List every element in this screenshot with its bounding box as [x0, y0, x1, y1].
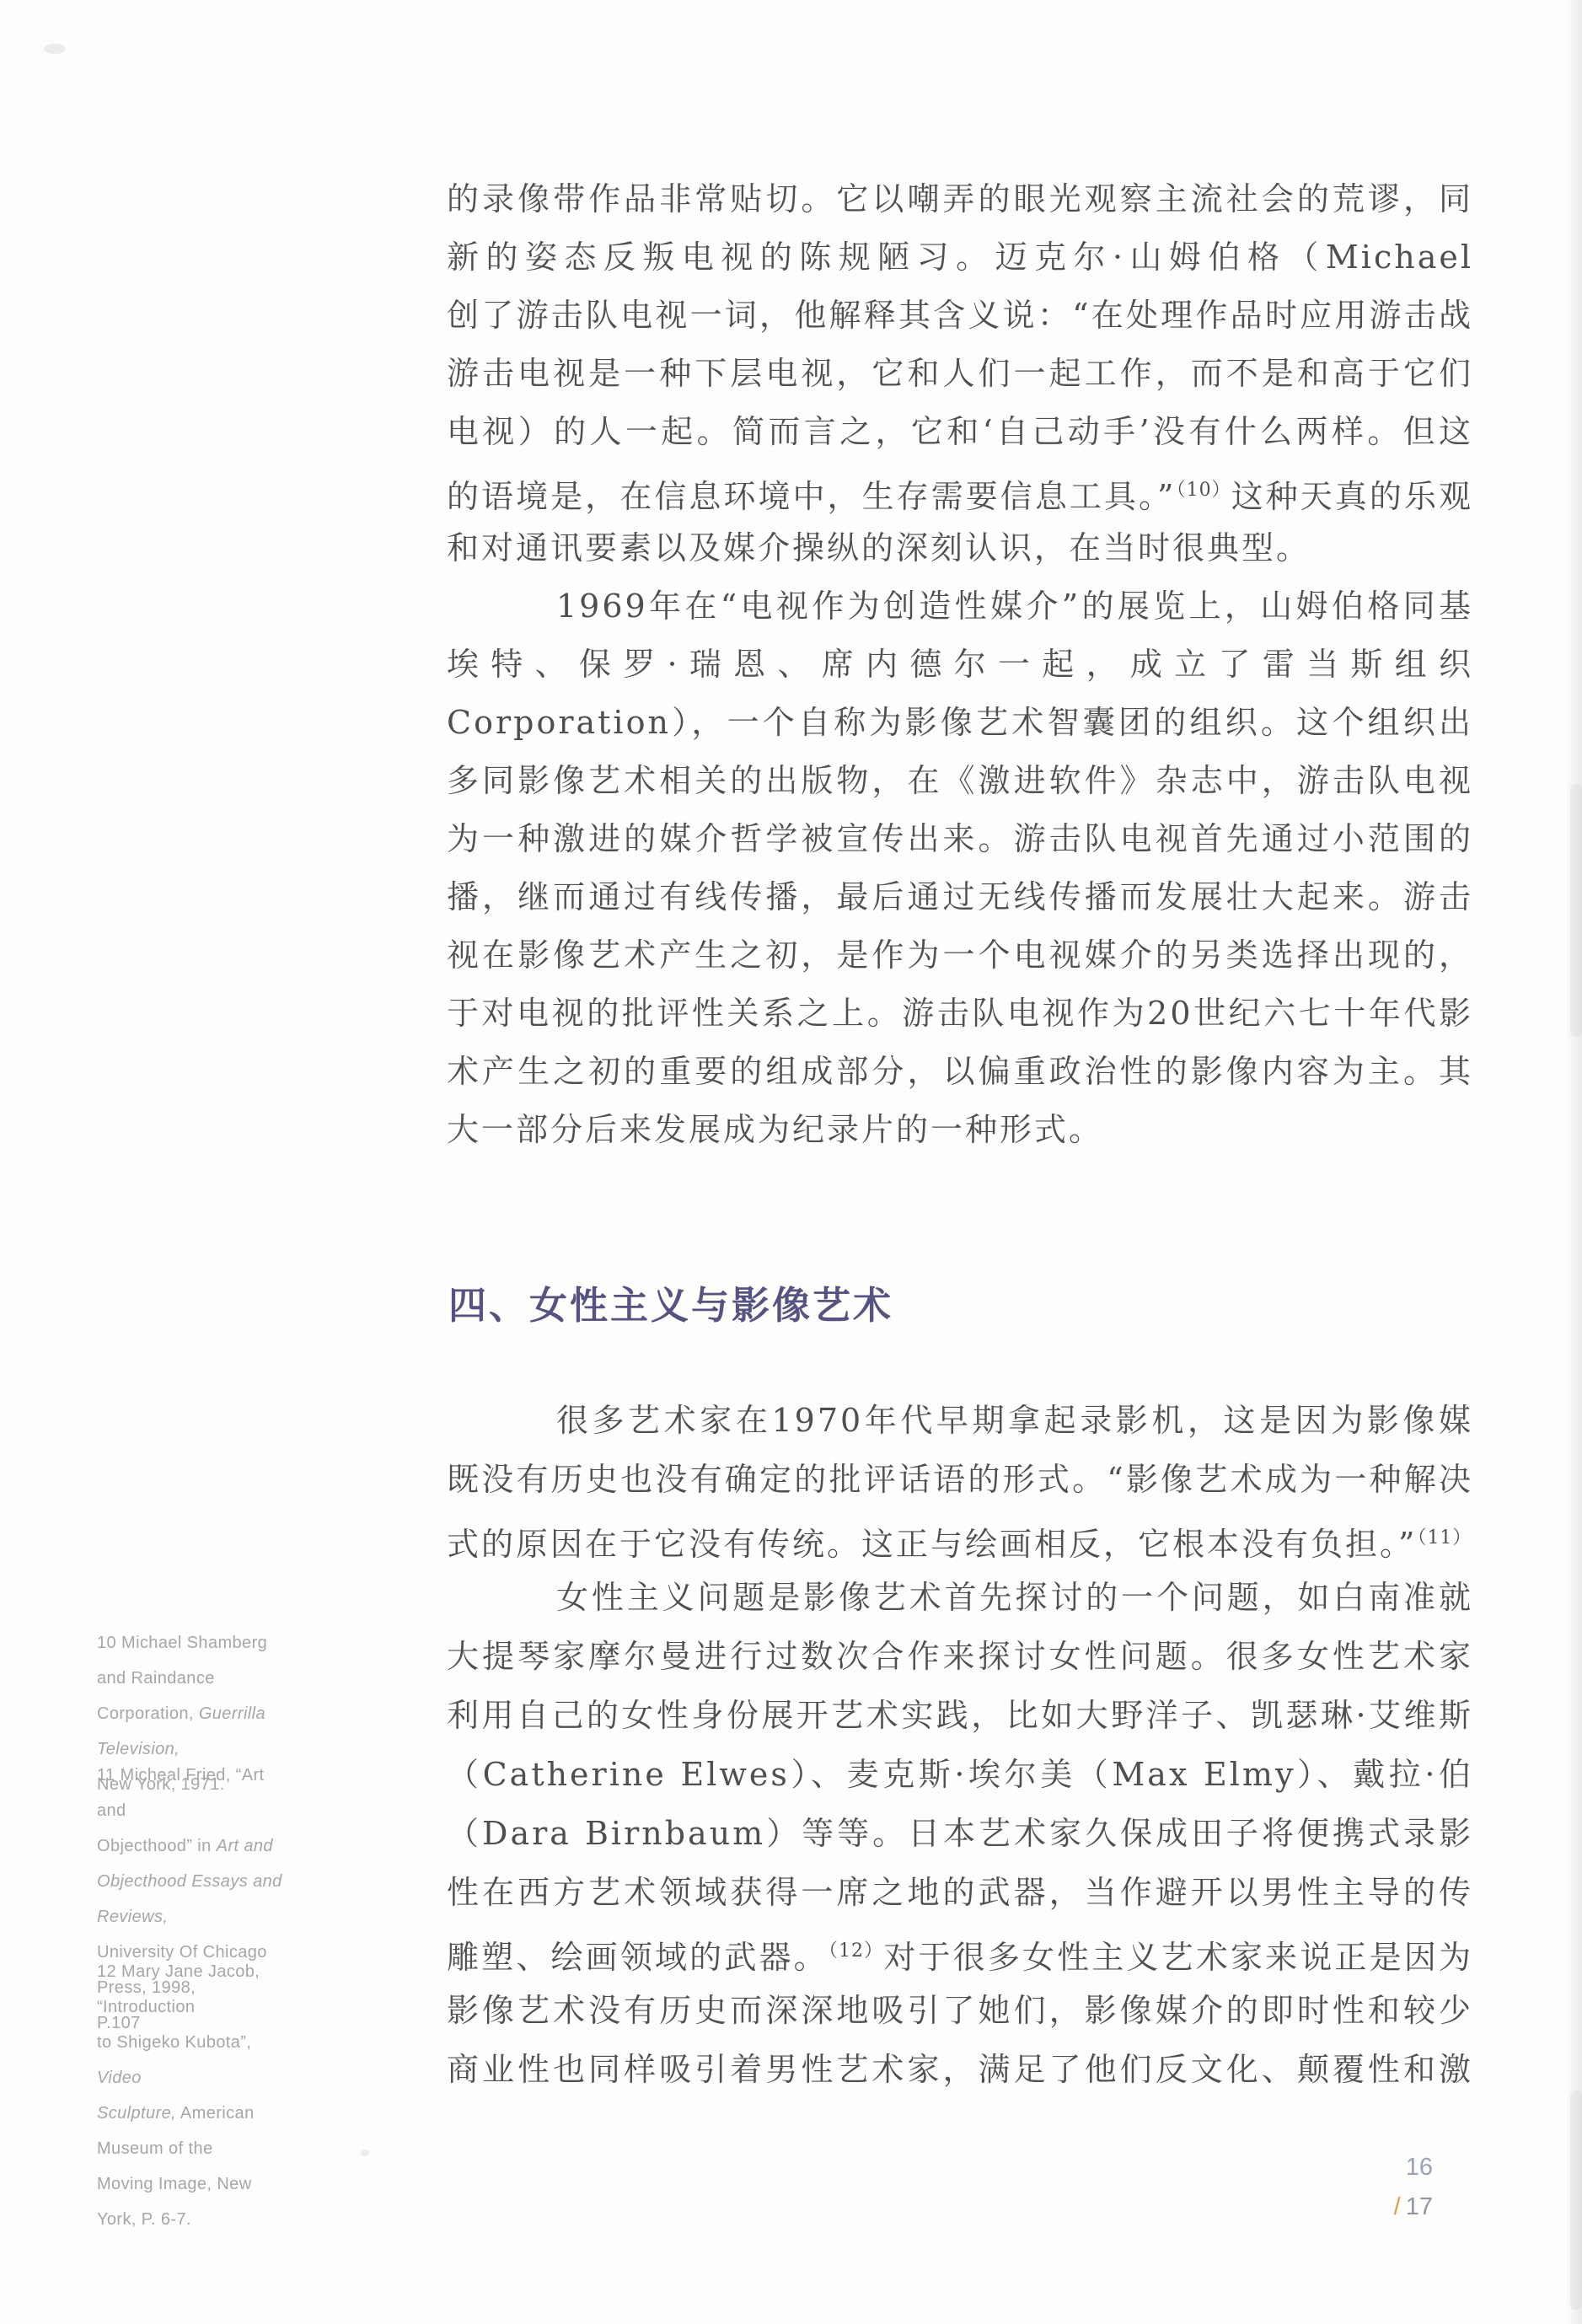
- text-line: 的语境是，在信息环境中，生存需要信息工具。”（10）这种天真的乐观: [447, 461, 1473, 519]
- footnote-ref-12: （12）: [829, 1940, 884, 1962]
- text-line: 式的原因在于它没有传统。这正与绘画相反，它根本没有负担。”（11）: [447, 1509, 1473, 1568]
- page-number-current: 16: [1332, 2148, 1433, 2187]
- text-line: 大一部分后来发展成为纪录片的一种形式。: [447, 1101, 1473, 1159]
- text-line: Corporation），一个自称为影像艺术智囊团的组织。这个组织出版了很: [447, 694, 1473, 752]
- text-line: 利用自己的女性身份展开艺术实践，比如大野洋子、凯瑟琳·艾维斯: [447, 1686, 1473, 1745]
- footnote-title: Video: [97, 2069, 142, 2087]
- text-line: 的录像带作品非常贴切。它以嘲弄的眼光观察主流社会的荒谬，同时以时: [447, 170, 1473, 228]
- footnote-line: Moving Image, New York, P. 6-7.: [97, 2166, 295, 2237]
- section-heading: 四、女性主义与影像艺术: [448, 1275, 893, 1329]
- text-line: 雕塑、绘画领域的武器。（12）对于很多女性主义艺术家来说正是因为: [447, 1922, 1473, 1981]
- footnote-title: Art and: [217, 1837, 273, 1855]
- text-line: 为一种激进的媒介哲学被宣传出来。游击队电视首先通过小范围的传: [447, 810, 1473, 868]
- text-line: 1969年在“电视作为创造性媒介”的展览上，山姆伯格同基利: [447, 577, 1473, 636]
- text-line: 大提琴家摩尔曼进行过数次合作来探讨女性问题。很多女性艺术家也: [447, 1627, 1473, 1686]
- page-number-separator: /: [1394, 2193, 1401, 2220]
- text-line: 多同影像艺术相关的出版物，在《激进软件》杂志中，游击队电视被作: [447, 752, 1473, 810]
- footnote-segment: Corporation,: [97, 1704, 199, 1723]
- main-text-block-1: 的录像带作品非常贴切。它以嘲弄的眼光观察主流社会的荒谬，同时以时 新的姿态反叛电…: [447, 170, 1473, 1159]
- text-segment: 的语境是，在信息环境中，生存需要信息工具。”: [447, 478, 1176, 515]
- text-segment: 这种天真的乐观: [1231, 478, 1473, 515]
- footnote-segment: to Shigeko Kubota”,: [97, 2033, 251, 2052]
- footnote-title: Sculpture,: [97, 2104, 176, 2123]
- text-line: 性在西方艺术领域获得一席之地的武器，当作避开以男性主导的传统: [447, 1863, 1473, 1922]
- footnote-line: 12 Mary Jane Jacob, “Introduction: [97, 1954, 295, 2025]
- footnote-line: Objecthood” in Art and: [97, 1828, 295, 1864]
- text-line: 播，继而通过有线传播，最后通过无线传播而发展壮大起来。游击队电: [447, 868, 1473, 926]
- page-number-next: 17: [1406, 2193, 1433, 2220]
- footnote-ref-11: （11）: [1417, 1527, 1472, 1548]
- scan-smudge: [44, 44, 66, 54]
- text-line: 新的姿态反叛电视的陈规陋习。迈克尔·山姆伯格（Michael Shamberg）…: [447, 228, 1473, 287]
- footnote-segment: Objecthood” in: [97, 1837, 217, 1855]
- scan-artifact: [1570, 2091, 1582, 2310]
- main-text-block-2: 很多艺术家在1970年代早期拿起录影机，这是因为影像媒介是一个 既没有历史也没有…: [447, 1391, 1473, 2099]
- text-segment: 对于很多女性主义艺术家来说正是因为: [883, 1939, 1473, 1976]
- scan-edge-shadow: [1565, 0, 1582, 2324]
- text-line: 游击电视是一种下层电视，它和人们一起工作，而不是和高于它们（游记: [447, 345, 1473, 403]
- text-line: （Dara Birnbaum）等等。日本艺术家久保成田子将便携式录影机当作女: [447, 1804, 1473, 1863]
- text-line: （Catherine Elwes）、麦克斯·埃尔美（Max Elmy）、戴拉·伯…: [447, 1745, 1473, 1804]
- footnote-line: 10 Michael Shamberg and Raindance: [97, 1625, 295, 1696]
- footnote-line: 11 Micheal Fried, “Art and: [97, 1758, 295, 1828]
- footnote-line: Objecthood Essays and Reviews,: [97, 1864, 295, 1935]
- text-line: 和对通讯要素以及媒介操纵的深刻认识，在当时很典型。: [447, 519, 1473, 577]
- text-line: 很多艺术家在1970年代早期拿起录影机，这是因为影像媒介是一个: [447, 1391, 1473, 1450]
- footnote-line: Sculpture, American Museum of the: [97, 2096, 295, 2166]
- scan-smudge: [361, 2150, 369, 2156]
- text-line: 电视）的人一起。简而言之，它和‘自己动手’没有什么两样。但这么说: [447, 403, 1473, 461]
- text-line: 影像艺术没有历史而深深地吸引了她们，影像媒介的即时性和较少的: [447, 1981, 1473, 2040]
- page-numbers: 16 /17: [1332, 2148, 1433, 2227]
- text-line: 埃特、保罗·瑞恩、席内德尔一起，成立了雷当斯组织（Raindance: [447, 636, 1473, 694]
- scan-artifact: [1570, 784, 1582, 1037]
- book-page: 的录像带作品非常贴切。它以嘲弄的眼光观察主流社会的荒谬，同时以时 新的姿态反叛电…: [0, 0, 1582, 2324]
- text-line: 创了游击队电视一词，他解释其含义说：“在处理作品时应用游击战术。: [447, 287, 1473, 345]
- text-segment: 雕塑、绘画领域的武器。: [447, 1939, 829, 1976]
- footnote-ref-10: （10）: [1176, 480, 1231, 501]
- text-line: 视在影像艺术产生之初，是作为一个电视媒介的另类选择出现的，建立: [447, 926, 1473, 985]
- text-line: 女性主义问题是影像艺术首先探讨的一个问题，如白南准就与: [447, 1568, 1473, 1627]
- text-segment: 式的原因在于它没有传统。这正与绘画相反，它根本没有负担。”: [447, 1526, 1417, 1563]
- footnote-line: to Shigeko Kubota”, Video: [97, 2025, 295, 2096]
- text-line: 既没有历史也没有确定的批评话语的形式。“影像艺术成为一种解决方: [447, 1450, 1473, 1509]
- text-line: 商业性也同样吸引着男性艺术家，满足了他们反文化、颠覆性和激进: [447, 2040, 1473, 2099]
- text-line: 术产生之初的重要的组成部分，以偏重政治性的影像内容为主。其中很: [447, 1043, 1473, 1101]
- text-line: 于对电视的批评性关系之上。游击队电视作为20世纪六七十年代影像艺: [447, 985, 1473, 1043]
- footnote-line: Corporation, Guerrilla Television,: [97, 1696, 295, 1767]
- footnote-12: 12 Mary Jane Jacob, “Introduction to Shi…: [97, 1954, 295, 2237]
